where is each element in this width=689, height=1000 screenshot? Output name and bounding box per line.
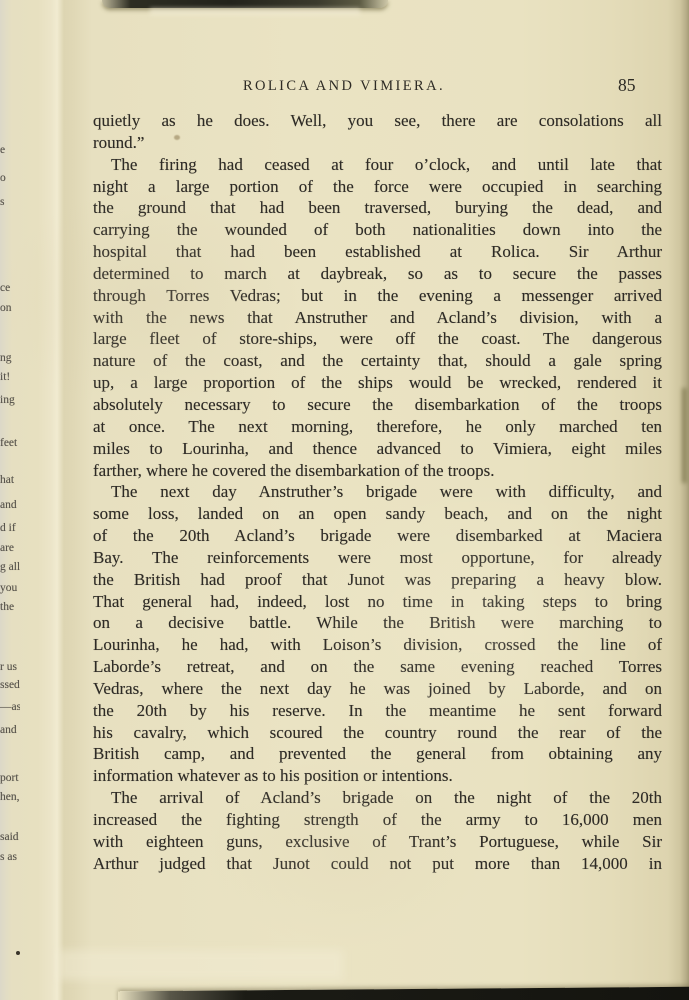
book-edge-shadow-bottom <box>118 987 689 1000</box>
margin-fragment: d if <box>0 522 20 534</box>
text-line: Bay. The reinforcements were most opport… <box>93 547 662 569</box>
text-line: some loss, landed on an open sandy beach… <box>93 503 662 525</box>
text-line: night a large portion of the force were … <box>93 176 662 198</box>
margin-fragment: g all <box>0 561 20 573</box>
text-line: large fleet of store-ships, were off the… <box>93 328 662 350</box>
text-line: the 20th by his reserve. In the meantime… <box>93 700 662 722</box>
margin-fragment: feet <box>0 437 20 449</box>
text-line: at once. The next morning, therefore, he… <box>93 416 662 438</box>
margin-fragment: you <box>0 582 20 594</box>
margin-fragment: on <box>0 302 20 314</box>
text-line: farther, where he covered the disembarka… <box>93 460 662 482</box>
margin-fragment: hat <box>0 474 20 486</box>
text-line: increased the fighting strength of the a… <box>93 809 662 831</box>
text-line: Laborde’s retreat, and on the same eveni… <box>93 656 662 678</box>
text-line: through Torres Vedras; but in the evenin… <box>93 285 662 307</box>
text-line: up, a large proportion of the ships woul… <box>93 372 662 394</box>
text-line: carrying the wounded of both nationaliti… <box>93 219 662 241</box>
margin-fragment: it! <box>0 371 20 383</box>
text-line: his cavalry, which scoured the country r… <box>93 722 662 744</box>
text-line: nature of the coast, and the certainty t… <box>93 350 662 372</box>
margin-fragment: ing <box>0 394 20 406</box>
text-line: hospital that had been established at Ro… <box>93 241 662 263</box>
text-line: British camp, and prevented the general … <box>93 743 662 765</box>
page-number: 85 <box>618 75 636 96</box>
margin-fragment: are <box>0 542 20 554</box>
page-body-text: quietly as he does. Well, you see, there… <box>93 110 662 875</box>
text-line: Arthur judged that Junot could not put m… <box>93 853 662 875</box>
margin-fragment: port <box>0 772 20 784</box>
margin-fragment: —as <box>0 701 20 713</box>
book-page-scan: eosceonngit!ingfeethatandd ifareg allyou… <box>0 0 689 1000</box>
margin-fragment: e <box>0 144 20 156</box>
margin-fragment: ng <box>0 352 20 364</box>
text-line: miles to Lourinha, and thence advanced t… <box>93 438 662 460</box>
text-line: That general had, indeed, lost no time i… <box>93 591 662 613</box>
text-line: The firing had ceased at four o’clock, a… <box>93 154 662 176</box>
book-spine-shadow-top <box>102 0 388 8</box>
margin-fragment: hen, <box>0 791 20 803</box>
text-line: with the news that Anstruther and Acland… <box>93 307 662 329</box>
text-line: absolutely necessary to secure the disem… <box>93 394 662 416</box>
text-line: information whatever as to his position … <box>93 765 662 787</box>
text-line: with eighteen guns, exclusive of Trant’s… <box>93 831 662 853</box>
margin-fragment: o <box>0 172 20 184</box>
text-line: on a decisive battle. While the British … <box>93 612 662 634</box>
text-line: of the 20th Acland’s brigade were disemb… <box>93 525 662 547</box>
text-line: Vedras, where the next day he was joined… <box>93 678 662 700</box>
paper-speck <box>16 951 20 955</box>
text-line: the British had proof that Junot was pre… <box>93 569 662 591</box>
margin-fragment: the <box>0 601 20 613</box>
text-line: The next day Anstruther’s brigade were w… <box>93 481 662 503</box>
top-edge-highlight <box>150 8 360 15</box>
margin-fragment: s <box>0 196 20 208</box>
text-line: the ground that had been traversed, bury… <box>93 197 662 219</box>
text-line: Lourinha, he had, with Loison’s division… <box>93 634 662 656</box>
running-header: ROLICA AND VIMIERA. <box>243 78 445 95</box>
paper-speck <box>174 135 180 140</box>
text-line: quietly as he does. Well, you see, there… <box>93 110 662 132</box>
margin-fragment: and <box>0 499 20 511</box>
margin-fragment: ssed <box>0 679 20 691</box>
margin-fragment: r us <box>0 661 20 673</box>
text-line: The arrival of Acland’s brigade on the n… <box>93 787 662 809</box>
margin-fragment: ce <box>0 282 20 294</box>
margin-fragment: s as <box>0 851 20 863</box>
margin-fragment: and <box>0 724 20 736</box>
page-edge-smudge <box>682 388 687 483</box>
previous-page-edge-text: eosceonngit!ingfeethatandd ifareg allyou… <box>0 0 26 1000</box>
margin-fragment: said <box>0 831 20 843</box>
text-line: determined to march at daybreak, so as t… <box>93 263 662 285</box>
bottom-page-highlight <box>58 950 343 980</box>
